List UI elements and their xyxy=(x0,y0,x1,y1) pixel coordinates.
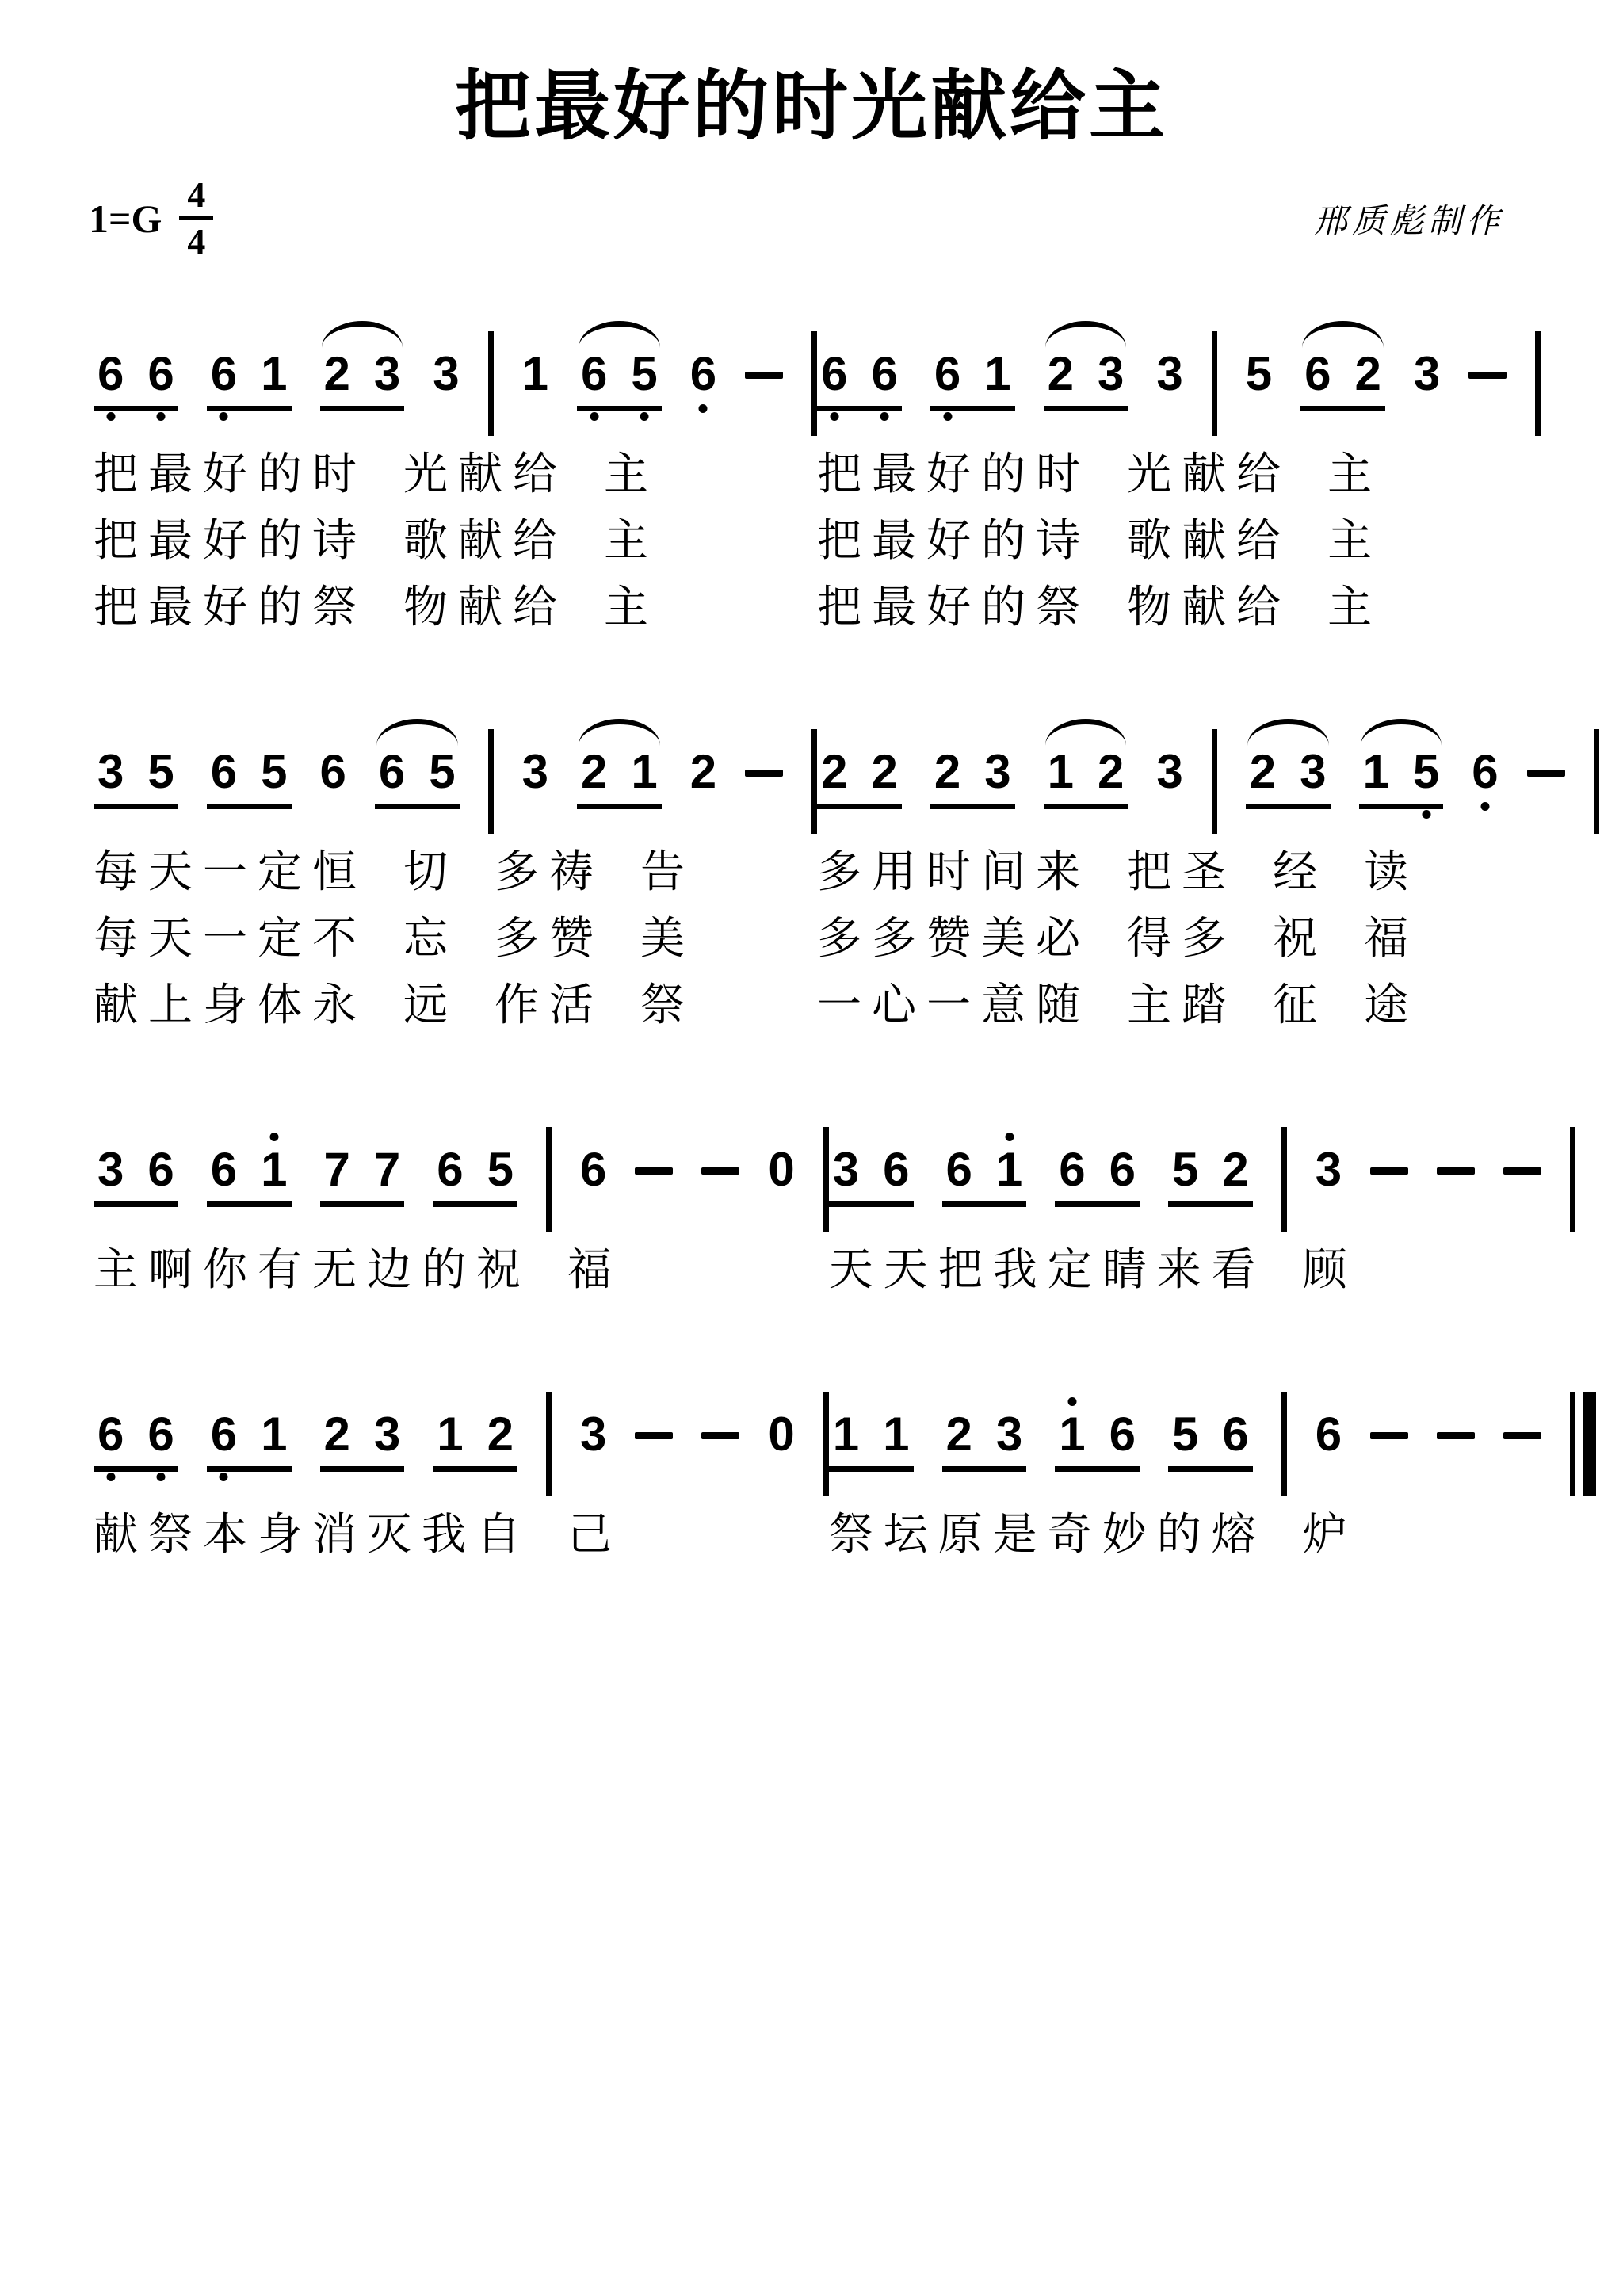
lyric-segment: 告 xyxy=(640,848,695,896)
note-digit: 3 xyxy=(984,747,1010,797)
credit-text: 邢质彪制作 xyxy=(1314,195,1504,243)
lyric-row: 把最好的时光献给主 xyxy=(817,450,1541,498)
note: 6 xyxy=(147,1409,174,1460)
note-digit: 3 xyxy=(374,1409,400,1460)
barline xyxy=(546,1392,552,1496)
lyric-segment: 主踏 xyxy=(1127,981,1236,1029)
lyric-row: 一心一意随主踏征途 xyxy=(817,981,1599,1029)
note: 2 xyxy=(1098,747,1124,797)
note: 0 xyxy=(768,1409,794,1460)
note: 1 xyxy=(631,747,657,797)
note-digit: 3 xyxy=(97,1144,124,1195)
note: 5 xyxy=(429,747,455,797)
note-digit: 0 xyxy=(768,1144,794,1195)
lyric-segment: 主 xyxy=(604,583,659,631)
note: 3 xyxy=(97,747,124,797)
lyric-segment: 得多 xyxy=(1127,915,1236,962)
dash-line xyxy=(1437,1167,1475,1175)
notes-row: 6661231230 xyxy=(94,1409,829,1492)
note-group: 66 xyxy=(94,349,178,411)
note-digit: 1 xyxy=(261,1144,287,1195)
note: 5 xyxy=(1413,747,1439,797)
dash-line xyxy=(1370,1167,1408,1175)
note-group: 22 xyxy=(817,747,902,809)
note: 1 xyxy=(261,349,287,399)
note-digit: 5 xyxy=(1172,1144,1198,1195)
note: 1 xyxy=(833,1409,859,1460)
note-digit: 3 xyxy=(1414,349,1440,399)
note-group: 65 xyxy=(375,747,460,809)
note: 5 xyxy=(147,747,174,797)
lyric-row: 献上身体永远作活祭 xyxy=(94,981,817,1029)
note: 5 xyxy=(261,747,287,797)
note: 6 xyxy=(1316,1409,1342,1460)
note: 6 xyxy=(1109,1144,1136,1195)
note-digit: 1 xyxy=(833,1409,859,1460)
note: 6 xyxy=(211,1144,237,1195)
barline xyxy=(1281,1127,1287,1232)
lyric-segment: 歌献给 xyxy=(403,517,567,564)
note-digit: 5 xyxy=(429,747,455,797)
lyric-segment: 顾 xyxy=(1303,1246,1358,1293)
lyric-segment: 把最好的诗 xyxy=(817,517,1090,564)
note-digit: 3 xyxy=(97,747,124,797)
note-digit: 2 xyxy=(324,1409,350,1460)
lyric-segment: 经 xyxy=(1273,848,1327,896)
note: 6 xyxy=(1472,747,1498,797)
note-group: 61 xyxy=(942,1144,1027,1207)
note-digit: 2 xyxy=(934,747,960,797)
note-digit: 3 xyxy=(1316,1144,1342,1195)
lyric-segment: 物献给 xyxy=(403,583,567,631)
note-group: 61 xyxy=(207,349,292,411)
slur-arc xyxy=(376,719,458,746)
note-digit: 3 xyxy=(996,1409,1022,1460)
lyric-row: 把最好的祭物献给主 xyxy=(817,583,1541,631)
note-group: 36 xyxy=(94,1144,178,1207)
note: 6 xyxy=(320,747,346,797)
note-digit: 5 xyxy=(147,747,174,797)
note-digit: 6 xyxy=(147,349,174,399)
note: 5 xyxy=(1246,349,1272,399)
note-group: 35 xyxy=(94,747,178,809)
lyric-segment: 歌献给 xyxy=(1127,517,1291,564)
note-group: 11 xyxy=(829,1409,914,1472)
note: 7 xyxy=(374,1144,400,1195)
note-digit: 6 xyxy=(1059,1144,1085,1195)
note-digit: 6 xyxy=(690,349,716,399)
note: 2 xyxy=(1048,349,1074,399)
note-digit: 6 xyxy=(437,1144,463,1195)
note-group: 77 xyxy=(320,1144,405,1207)
note: 3 xyxy=(984,747,1010,797)
note-digit: 6 xyxy=(97,1409,124,1460)
lyric-segment: 炉 xyxy=(1303,1511,1358,1558)
dash-line xyxy=(635,1167,673,1175)
note: 6 xyxy=(97,349,124,399)
lyric-segment: 福 xyxy=(567,1246,622,1293)
barline xyxy=(811,331,817,436)
note-digit: 2 xyxy=(1250,747,1276,797)
note: 6 xyxy=(690,349,716,399)
lyric-segment: 远 xyxy=(403,981,458,1029)
note: 6 xyxy=(147,349,174,399)
time-signature: 4 4 xyxy=(179,175,213,262)
note-digit: 2 xyxy=(1222,1144,1248,1195)
note-digit: 2 xyxy=(946,1409,972,1460)
dash-line xyxy=(745,770,783,777)
lyric-segment: 主 xyxy=(604,450,659,498)
note-group: 12 xyxy=(1044,747,1128,809)
final-barline-thick xyxy=(1583,1392,1596,1496)
slur-arc xyxy=(1302,321,1384,348)
note-digit: 6 xyxy=(379,747,405,797)
lyric-segment: 把最好的祭 xyxy=(817,583,1090,631)
time-signature-denominator: 4 xyxy=(187,220,205,262)
dash-line xyxy=(1527,770,1565,777)
note-digit: 6 xyxy=(581,349,607,399)
note-digit: 2 xyxy=(872,747,898,797)
note: 2 xyxy=(324,349,350,399)
note: 6 xyxy=(147,1144,174,1195)
octave-dot-low xyxy=(1422,810,1430,819)
note-group: 66 xyxy=(1055,1144,1140,1207)
octave-dot-low xyxy=(943,412,952,421)
note: 3 xyxy=(1156,747,1182,797)
barline xyxy=(811,729,817,834)
music-system: 3661776560主啊你有无边的祝福366166523天天把我定睛来看顾 xyxy=(94,1108,1512,1293)
note: 5 xyxy=(1172,1144,1198,1195)
note: 1 xyxy=(261,1144,287,1195)
phrase: 222312323156多用时间来把圣经读多多赞美必得多祝福一心一意随主踏征途 xyxy=(817,710,1599,1029)
note: 3 xyxy=(1098,349,1124,399)
note: 6 xyxy=(1059,1144,1085,1195)
lyric-row: 把最好的诗歌献给主 xyxy=(817,517,1541,564)
lyric-segment: 祝 xyxy=(1273,915,1327,962)
notes-row: 35656653212 xyxy=(94,747,817,829)
note-digit: 1 xyxy=(883,1409,909,1460)
note-digit: 0 xyxy=(768,1409,794,1460)
notes-row: 366166523 xyxy=(829,1144,1575,1227)
note-digit: 2 xyxy=(1048,349,1074,399)
barline xyxy=(1212,729,1217,834)
lyric-segment: 多祷 xyxy=(495,848,604,896)
note: 3 xyxy=(580,1409,606,1460)
note-digit: 1 xyxy=(261,349,287,399)
note: 3 xyxy=(374,349,400,399)
note: 2 xyxy=(821,747,847,797)
phrase: 35656653212每天一定恒切多祷告每天一定不忘多赞美献上身体永远作活祭 xyxy=(94,710,817,1029)
note-digit: 1 xyxy=(631,747,657,797)
note-digit: 2 xyxy=(821,747,847,797)
note-group: 56 xyxy=(1168,1409,1253,1472)
note-digit: 7 xyxy=(324,1144,350,1195)
note-group: 23 xyxy=(930,747,1015,809)
note: 6 xyxy=(437,1144,463,1195)
lyric-segment: 读 xyxy=(1364,848,1419,896)
note: 1 xyxy=(437,1409,463,1460)
slur-arc xyxy=(1361,719,1442,746)
lyric-segment: 一心一意随 xyxy=(817,981,1090,1029)
octave-dot-low xyxy=(157,412,166,421)
phrase-row: 35656653212每天一定恒切多祷告每天一定不忘多赞美献上身体永远作活祭22… xyxy=(94,710,1512,1029)
lyric-segment: 把最好的时 xyxy=(94,450,367,498)
barline xyxy=(1594,729,1599,834)
lyric-segment: 福 xyxy=(1364,915,1419,962)
note: 2 xyxy=(1222,1144,1248,1195)
note-digit: 6 xyxy=(211,747,237,797)
note-digit: 3 xyxy=(433,349,459,399)
note-digit: 1 xyxy=(437,1409,463,1460)
note-digit: 3 xyxy=(833,1144,859,1195)
note-digit: 1 xyxy=(996,1144,1022,1195)
slur-arc xyxy=(579,321,660,348)
note-group: 65 xyxy=(207,747,292,809)
slur-arc xyxy=(1045,321,1127,348)
dash-line xyxy=(1370,1432,1408,1439)
note: 2 xyxy=(324,1409,350,1460)
note: 3 xyxy=(1300,747,1326,797)
lyric-segment: 献祭本身消灭我自 xyxy=(94,1511,531,1558)
octave-dot-low xyxy=(830,412,838,421)
note-digit: 3 xyxy=(374,349,400,399)
lyric-segment: 作活 xyxy=(495,981,604,1029)
note: 1 xyxy=(1048,747,1074,797)
note-digit: 3 xyxy=(522,747,548,797)
lyric-segment: 忘 xyxy=(403,915,458,962)
note: 3 xyxy=(1414,349,1440,399)
octave-dot-low xyxy=(640,412,649,421)
note-group: 62 xyxy=(1300,349,1385,411)
lyric-segment: 主 xyxy=(1327,450,1382,498)
note-digit: 6 xyxy=(1109,1144,1136,1195)
note: 6 xyxy=(883,1144,909,1195)
note-digit: 1 xyxy=(984,349,1010,399)
score-header: 1=G 4 4 邢质彪制作 xyxy=(89,175,1504,262)
lyric-row: 把最好的时光献给主 xyxy=(94,450,817,498)
note: 3 xyxy=(522,747,548,797)
note: 5 xyxy=(1172,1409,1198,1460)
note-digit: 3 xyxy=(580,1409,606,1460)
dash-line xyxy=(701,1167,739,1175)
note-group: 15 xyxy=(1359,747,1444,809)
lyric-segment: 祭 xyxy=(640,981,695,1029)
slur-arc xyxy=(1247,719,1329,746)
note: 2 xyxy=(872,747,898,797)
lyric-segment: 光献给 xyxy=(403,450,567,498)
music-system: 6661231230献祭本身消灭我自己112316566祭坛原是奇妙的熔炉 xyxy=(94,1373,1512,1558)
note-group: 66 xyxy=(94,1409,178,1472)
lyric-segment: 每天一定不 xyxy=(94,915,367,962)
lyric-segment: 多多赞美必 xyxy=(817,915,1090,962)
note: 6 xyxy=(1109,1409,1136,1460)
octave-dot-high xyxy=(1067,1397,1076,1406)
note: 6 xyxy=(211,349,237,399)
note: 6 xyxy=(581,349,607,399)
note-group: 23 xyxy=(320,349,405,411)
barline xyxy=(823,1127,829,1232)
phrase-row: 6661231230献祭本身消灭我自己112316566祭坛原是奇妙的熔炉 xyxy=(94,1373,1512,1558)
music-system: 66612331656把最好的时光献给主把最好的诗歌献给主把最好的祭物献给主66… xyxy=(94,312,1512,631)
lyric-row: 把最好的祭物献给主 xyxy=(94,583,817,631)
note-digit: 6 xyxy=(946,1144,972,1195)
note-digit: 1 xyxy=(1059,1409,1085,1460)
phrase: 66612335623把最好的时光献给主把最好的诗歌献给主把最好的祭物献给主 xyxy=(817,312,1541,631)
note-digit: 6 xyxy=(320,747,346,797)
lyric-segment: 光献给 xyxy=(1127,450,1291,498)
dash-line xyxy=(1503,1432,1541,1439)
note-digit: 6 xyxy=(211,349,237,399)
note: 6 xyxy=(211,1409,237,1460)
note-digit: 1 xyxy=(1363,747,1389,797)
note: 3 xyxy=(374,1409,400,1460)
lyric-segment: 献上身体永 xyxy=(94,981,367,1029)
octave-dot-low xyxy=(157,1473,166,1481)
barline xyxy=(1570,1127,1575,1232)
note-digit: 6 xyxy=(1304,349,1331,399)
note: 6 xyxy=(211,747,237,797)
octave-dot-low xyxy=(106,1473,115,1481)
barline xyxy=(546,1127,552,1232)
note-group: 21 xyxy=(577,747,662,809)
final-barline-thin xyxy=(1570,1392,1575,1496)
barline xyxy=(488,729,494,834)
barline xyxy=(1535,331,1541,436)
note: 3 xyxy=(1316,1144,1342,1195)
note: 2 xyxy=(1355,349,1381,399)
note: 3 xyxy=(996,1409,1022,1460)
note: 1 xyxy=(1363,747,1389,797)
note-digit: 6 xyxy=(821,349,847,399)
note: 6 xyxy=(946,1144,972,1195)
note-group: 12 xyxy=(433,1409,517,1472)
note-digit: 6 xyxy=(211,1409,237,1460)
lyric-segment: 每天一定恒 xyxy=(94,848,367,896)
dash-line xyxy=(701,1432,739,1439)
note-digit: 5 xyxy=(261,747,287,797)
note: 2 xyxy=(1250,747,1276,797)
lyric-segment: 己 xyxy=(567,1511,622,1558)
note-digit: 6 xyxy=(1472,747,1498,797)
barline xyxy=(1281,1392,1287,1496)
dash-line xyxy=(1503,1167,1541,1175)
note: 1 xyxy=(996,1144,1022,1195)
note: 6 xyxy=(580,1144,606,1195)
lyric-row: 献祭本身消灭我自己 xyxy=(94,1511,829,1558)
note: 7 xyxy=(324,1144,350,1195)
note-digit: 6 xyxy=(580,1144,606,1195)
note-group: 65 xyxy=(577,349,662,411)
lyric-segment: 主 xyxy=(1327,517,1382,564)
lyric-segment: 多赞 xyxy=(495,915,604,962)
lyric-segment: 途 xyxy=(1364,981,1419,1029)
sheet-music-page: 把最好的时光献给主 1=G 4 4 邢质彪制作 66612331656把最好的时… xyxy=(0,0,1623,2296)
dash-line xyxy=(1437,1432,1475,1439)
lyric-segment: 物献给 xyxy=(1127,583,1291,631)
key-signature: 1=G 4 4 xyxy=(89,175,213,262)
note-digit: 1 xyxy=(1048,747,1074,797)
lyric-row: 每天一定恒切多祷告 xyxy=(94,848,817,896)
lyric-row: 多用时间来把圣经读 xyxy=(817,848,1599,896)
note: 6 xyxy=(872,349,898,399)
key-label: 1=G xyxy=(89,196,162,242)
note-digit: 7 xyxy=(374,1144,400,1195)
notes-row: 112316566 xyxy=(829,1409,1596,1492)
note-digit: 3 xyxy=(1156,747,1182,797)
note: 6 xyxy=(379,747,405,797)
lyric-row: 天天把我定睛来看顾 xyxy=(829,1246,1575,1293)
phrase: 6661231230献祭本身消灭我自己 xyxy=(94,1373,829,1558)
note: 3 xyxy=(833,1144,859,1195)
notes-row: 66612331656 xyxy=(94,349,817,431)
note-digit: 3 xyxy=(1098,349,1124,399)
note: 1 xyxy=(261,1409,287,1460)
lyric-segment: 把最好的时 xyxy=(817,450,1090,498)
note-group: 52 xyxy=(1168,1144,1253,1207)
lyric-row: 多多赞美必得多祝福 xyxy=(817,915,1599,962)
note: 0 xyxy=(768,1144,794,1195)
lyric-row: 祭坛原是奇妙的熔炉 xyxy=(829,1511,1596,1558)
note-digit: 6 xyxy=(934,349,960,399)
note: 5 xyxy=(487,1144,514,1195)
lyric-segment: 把最好的祭 xyxy=(94,583,367,631)
note: 3 xyxy=(1156,349,1182,399)
slur-arc xyxy=(1045,719,1127,746)
octave-dot-low xyxy=(880,412,889,421)
lyric-segment: 主啊你有无边的祝 xyxy=(94,1246,531,1293)
note-digit: 6 xyxy=(147,1144,174,1195)
note-digit: 5 xyxy=(1172,1409,1198,1460)
octave-dot-low xyxy=(699,404,708,413)
note-group: 65 xyxy=(433,1144,517,1207)
note-digit: 6 xyxy=(147,1409,174,1460)
page-title: 把最好的时光献给主 xyxy=(0,46,1623,155)
slur-arc xyxy=(579,719,660,746)
barline xyxy=(488,331,494,436)
lyric-segment: 天天把我定睛来看 xyxy=(829,1246,1266,1293)
lyric-row: 把最好的诗歌献给主 xyxy=(94,517,817,564)
lyric-segment: 把圣 xyxy=(1127,848,1236,896)
note-digit: 2 xyxy=(690,747,716,797)
note-digit: 2 xyxy=(1355,349,1381,399)
lyric-segment: 美 xyxy=(640,915,695,962)
final-barline xyxy=(1570,1392,1596,1496)
notes-row: 222312323156 xyxy=(817,747,1599,829)
note: 2 xyxy=(487,1409,514,1460)
note-digit: 1 xyxy=(522,349,548,399)
octave-dot-low xyxy=(220,412,228,421)
barline xyxy=(1212,331,1217,436)
note-group: 61 xyxy=(207,1409,292,1472)
note: 5 xyxy=(631,349,657,399)
octave-dot-low xyxy=(1480,802,1489,811)
note-digit: 2 xyxy=(1098,747,1124,797)
octave-dot-high xyxy=(1005,1133,1014,1141)
phrase: 3661776560主啊你有无边的祝福 xyxy=(94,1108,829,1293)
note-digit: 3 xyxy=(1156,349,1182,399)
note: 2 xyxy=(946,1409,972,1460)
note: 1 xyxy=(522,349,548,399)
phrase: 66612331656把最好的时光献给主把最好的诗歌献给主把最好的祭物献给主 xyxy=(94,312,817,631)
score: 66612331656把最好的时光献给主把最好的诗歌献给主把最好的祭物献给主66… xyxy=(94,312,1512,1558)
music-system: 35656653212每天一定恒切多祷告每天一定不忘多赞美献上身体永远作活祭22… xyxy=(94,710,1512,1029)
note-digit: 6 xyxy=(1109,1409,1136,1460)
note-digit: 6 xyxy=(872,349,898,399)
note: 2 xyxy=(934,747,960,797)
lyric-segment: 把最好的诗 xyxy=(94,517,367,564)
note-group: 61 xyxy=(207,1144,292,1207)
dash-line xyxy=(1468,372,1507,379)
